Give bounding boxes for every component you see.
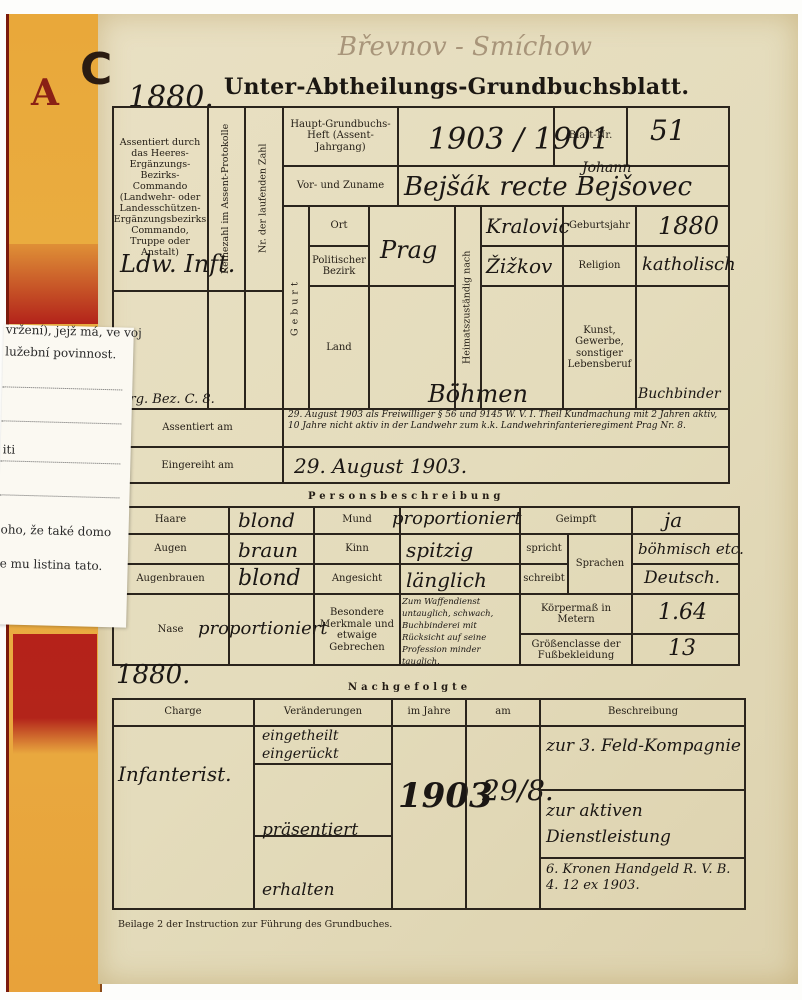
angesicht-label: Angesicht xyxy=(314,564,400,594)
geimpft-cell xyxy=(632,506,740,534)
geimpft-label: Geimpft xyxy=(520,506,632,534)
beruf-label: Kunst, Gewerbe, sonstiger Lebensberuf xyxy=(563,286,636,409)
slip-dotted-line xyxy=(2,386,122,390)
slip-line: oho, že také domo xyxy=(0,522,111,539)
inserted-paper-slip: vržení), jejž má, ve voj lužební povinno… xyxy=(0,324,134,627)
jahr-cell xyxy=(392,726,466,910)
slip-dotted-line xyxy=(1,420,121,424)
slip-line: vržení), jejž má, ve voj xyxy=(6,322,142,340)
religion-label: Religion xyxy=(563,246,636,286)
religion-value: katholisch xyxy=(642,254,736,275)
fuss-value: 13 xyxy=(668,636,696,661)
person-section-title: Personsbeschreibung xyxy=(308,491,504,502)
assentiert-am-label: Assentiert am xyxy=(112,409,283,447)
merkmale-label: Besondere Merkmale und etwaige Gebrechen xyxy=(314,594,400,666)
veraenderung-value: eingerückt xyxy=(262,746,339,762)
blatt-value: 51 xyxy=(650,114,686,147)
col-am: am xyxy=(466,698,540,726)
veraenderung-value: eingetheilt xyxy=(262,728,339,744)
eingereiht-label: Eingereiht am xyxy=(112,447,283,484)
side-year: 1880. xyxy=(116,660,190,690)
slip-dotted-line xyxy=(0,494,119,498)
stamp-letter-c: C xyxy=(80,44,112,95)
veraenderung-value: präsentiert xyxy=(262,820,358,840)
red-stain xyxy=(9,244,101,324)
sprachen-value-1: böhmisch etc. xyxy=(638,540,744,558)
footer-note: Beilage 2 der Instruction zur Führung de… xyxy=(118,919,392,930)
slip-line: lužební povinnost. xyxy=(5,344,116,361)
empty-cell xyxy=(245,291,283,409)
blatt-label: Blatt-Nr. xyxy=(554,106,627,166)
col-charge: Charge xyxy=(112,698,254,726)
geburtsjahr-label: Geburtsjahr xyxy=(563,206,636,246)
protokolle-label: Reihezahl im Assent-Protokolle xyxy=(208,106,245,291)
col-veraenderungen: Veränderungen xyxy=(254,698,392,726)
beschreibung-value: 6. Kronen Handgeld R. V. B. 4. 12 ex 190… xyxy=(546,862,742,894)
beschreibung-value: zur aktiven Dienstleistung xyxy=(546,798,742,850)
schreibt-label: schreibt xyxy=(520,564,568,594)
haare-label: Haare xyxy=(112,506,229,534)
ort-label: Ort xyxy=(309,206,369,246)
nase-value: proportioniert xyxy=(198,618,328,639)
document-page: Břevnov - Smíchow 1880. Unter-Abtheilung… xyxy=(98,14,798,984)
bezirk-label: Politischer Bezirk xyxy=(309,246,369,286)
beruf-value: Buchbinder xyxy=(638,386,721,402)
koerper-label: Körpermaß in Metern xyxy=(520,594,632,634)
kinn-label: Kinn xyxy=(314,534,400,564)
haare-value: blond xyxy=(238,508,295,532)
am-cell xyxy=(466,726,540,910)
angesicht-value: länglich xyxy=(406,568,487,592)
eingereiht-value: 29. August 1903. xyxy=(294,454,467,478)
col-jahr: im Jahre xyxy=(392,698,466,726)
sprachen-value-2: Deutsch. xyxy=(644,568,720,588)
sprachen-label: Sprachen xyxy=(568,534,632,594)
spricht-label: spricht xyxy=(520,534,568,564)
augen-label: Augen xyxy=(112,534,229,564)
erg-bezirk-note: Erg. Bez. C. 8. xyxy=(120,392,215,407)
name-label: Vor- und Zuname xyxy=(283,166,398,206)
merkmale-value: Zum Waffendienst untauglich, schwach, Bu… xyxy=(402,596,518,668)
red-stain xyxy=(13,634,97,754)
heimat-label: Heimatszuständig nach xyxy=(455,206,481,409)
haupt-label: Haupt-Grundbuchs-Heft (Assent-Jahrgang) xyxy=(283,106,398,166)
geimpft-value: ja xyxy=(664,508,682,532)
mund-value: proportioniert xyxy=(392,508,522,529)
slip-line: iti xyxy=(2,442,15,456)
col-beschreibung: Beschreibung xyxy=(540,698,746,726)
koerper-value: 1.64 xyxy=(658,600,707,625)
slip-line: e mu listina tato. xyxy=(0,556,102,573)
mund-label: Mund xyxy=(314,506,400,534)
land-label: Land xyxy=(309,286,369,409)
augen-value: braun xyxy=(238,538,298,562)
slip-dotted-line xyxy=(0,460,120,464)
stamp-letter: A xyxy=(31,72,59,114)
kinn-value: spitzig xyxy=(406,538,473,562)
pencil-note: Břevnov - Smíchow xyxy=(338,32,592,62)
ort-value: Prag xyxy=(380,236,437,264)
brauen-label: Augenbrauen xyxy=(112,564,229,594)
page-title: Unter-Abtheilungs-Grundbuchsblatt. xyxy=(224,74,689,100)
first-name-value: Johann xyxy=(582,160,631,176)
geburt-label: Geburt xyxy=(283,206,309,409)
brauen-value: blond xyxy=(238,566,301,591)
heimat-ort-value: Kralovic xyxy=(486,214,570,238)
charge-cell xyxy=(112,726,254,910)
heimat-bezirk-value: Žižkov xyxy=(486,254,552,278)
charge-value: Infanterist. xyxy=(118,762,231,786)
veraenderung-value: erhalten xyxy=(262,880,335,900)
assentiert-am-value: 29. August 1903 als Freiwilliger § 56 un… xyxy=(288,410,725,432)
nachgefolgte-title: Nachgefolgte xyxy=(348,682,471,693)
beschreibung-value: zur 3. Feld-Kompagnie xyxy=(546,734,742,758)
laufende-zahl-label: Nr. der laufenden Zahl xyxy=(245,106,283,291)
name-value: Bejšák recte Bejšovec xyxy=(404,172,692,202)
geburtsjahr-value: 1880 xyxy=(658,212,719,240)
fuss-label: Größenclasse der Fußbekleidung xyxy=(520,634,632,666)
land-value: Böhmen xyxy=(428,380,528,408)
